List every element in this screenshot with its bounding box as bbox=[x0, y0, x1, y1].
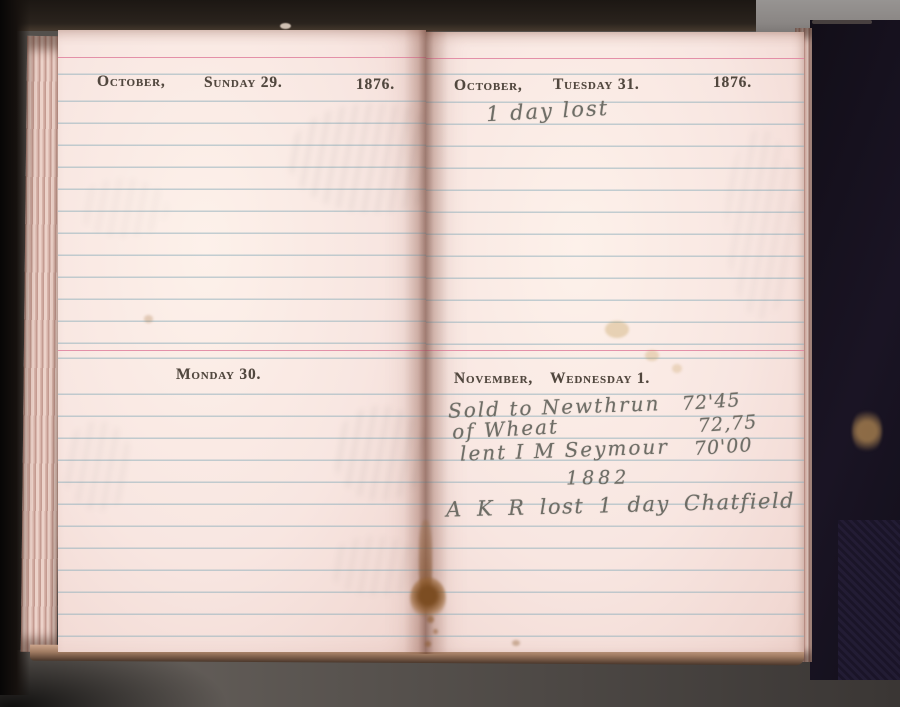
gutter-stain bbox=[410, 577, 446, 619]
dust-speck bbox=[280, 23, 291, 29]
cover-highlight bbox=[812, 20, 872, 24]
month-label: October, bbox=[97, 73, 166, 91]
book-top-edge bbox=[0, 0, 818, 31]
year-label: 1876. bbox=[713, 74, 752, 92]
handwritten-amount: 70'00 bbox=[693, 434, 753, 460]
handwritten-entry: A K R lost 1 day Chatfield bbox=[446, 488, 796, 521]
stain-dot bbox=[425, 641, 431, 647]
diary-page-left: October, Sunday 29. 1876. Monday 30. bbox=[58, 30, 426, 652]
section-november-1: November, Wednesday 1. Sold to Newthrun … bbox=[426, 350, 804, 651]
page-stain bbox=[512, 640, 520, 646]
year-label: 1876. bbox=[356, 76, 395, 94]
section-october-30: Monday 30. bbox=[58, 350, 426, 651]
handwritten-entry: 1882 bbox=[566, 466, 631, 489]
stain-dot bbox=[433, 629, 438, 634]
handwritten-amount: 72'45 bbox=[681, 389, 741, 415]
day-label: Wednesday 1. bbox=[550, 370, 650, 388]
stain-dot bbox=[427, 616, 434, 623]
section-october-31: October, Tuesday 31. 1876. 1 day lost bbox=[426, 58, 804, 351]
month-label: November, bbox=[454, 370, 533, 388]
day-label: Sunday 29. bbox=[204, 74, 283, 92]
section-october-29: October, Sunday 29. 1876. bbox=[58, 57, 426, 349]
day-label: Monday 30. bbox=[176, 366, 261, 384]
day-label: Tuesday 31. bbox=[553, 76, 640, 94]
scanned-diary-photo: October, Sunday 29. 1876. Monday 30. Oct… bbox=[0, 0, 900, 707]
diary-page-right: October, Tuesday 31. 1876. 1 day lost No… bbox=[426, 32, 804, 652]
bleed-through-marks bbox=[63, 421, 133, 511]
cover-stain bbox=[852, 408, 882, 454]
page-stain bbox=[645, 350, 659, 361]
cover-texture bbox=[838, 520, 900, 680]
month-label: October, bbox=[454, 77, 523, 95]
page-stain bbox=[144, 315, 153, 323]
page-stain bbox=[605, 321, 629, 338]
page-edges-left bbox=[21, 36, 63, 652]
handwritten-entry: 1 day lost bbox=[485, 96, 609, 126]
bleed-through-marks bbox=[726, 129, 796, 319]
book-cover bbox=[810, 20, 900, 680]
bleed-through-marks bbox=[78, 178, 168, 238]
page-stain bbox=[672, 364, 682, 373]
